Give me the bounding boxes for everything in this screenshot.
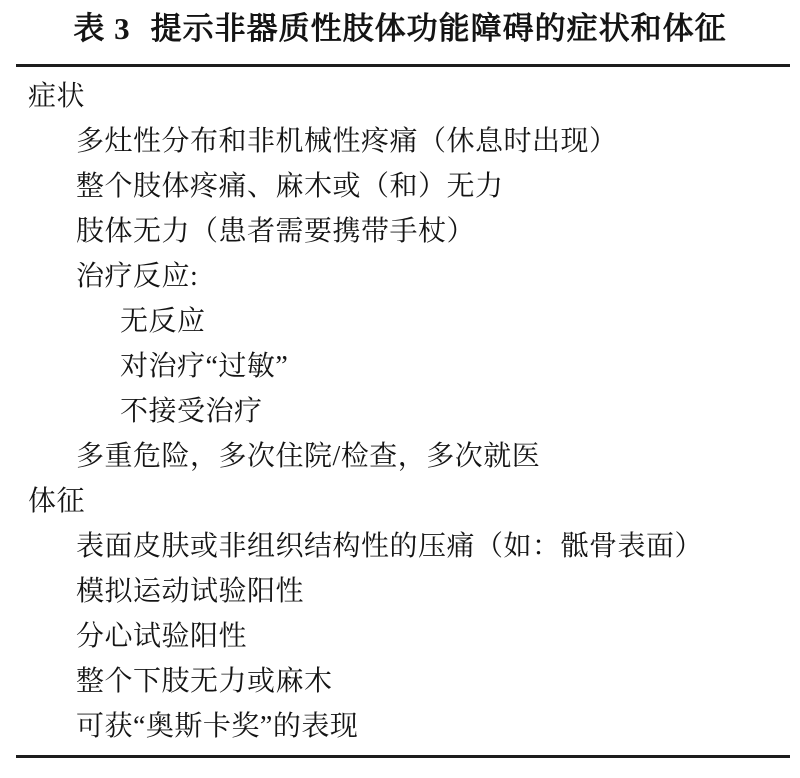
- table-row: 体征: [0, 479, 800, 524]
- table-number: 表 3: [73, 11, 130, 46]
- table-row: 肢体无力（患者需要携带手杖）: [0, 209, 800, 254]
- table-title-text: 提示非器质性肢体功能障碍的症状和体征: [151, 11, 727, 46]
- table-title: 表 3提示非器质性肢体功能障碍的症状和体征: [0, 0, 800, 51]
- table-row: 表面皮肤或非组织结构性的压痛（如：骶骨表面）: [0, 524, 800, 569]
- table-row: 整个肢体疼痛、麻木或（和）无力: [0, 164, 800, 209]
- table-row: 治疗反应:: [0, 254, 800, 299]
- paper-table-page: 表 3提示非器质性肢体功能障碍的症状和体征 症状多灶性分布和非机械性疼痛（休息时…: [0, 0, 800, 778]
- table-bottom-rule: [16, 755, 790, 758]
- table-row: 对治疗“过敏”: [0, 344, 800, 389]
- table-row: 不接受治疗: [0, 389, 800, 434]
- table-row: 分心试验阳性: [0, 614, 800, 659]
- table-row: 无反应: [0, 299, 800, 344]
- table-body: 症状多灶性分布和非机械性疼痛（休息时出现）整个肢体疼痛、麻木或（和）无力肢体无力…: [0, 67, 800, 755]
- table-row: 症状: [0, 74, 800, 119]
- table-row: 多重危险，多次住院/检查，多次就医: [0, 434, 800, 479]
- table-row: 可获“奥斯卡奖”的表现: [0, 704, 800, 749]
- table-row: 多灶性分布和非机械性疼痛（休息时出现）: [0, 119, 800, 164]
- table-row: 整个下肢无力或麻木: [0, 659, 800, 704]
- table-row: 模拟运动试验阳性: [0, 569, 800, 614]
